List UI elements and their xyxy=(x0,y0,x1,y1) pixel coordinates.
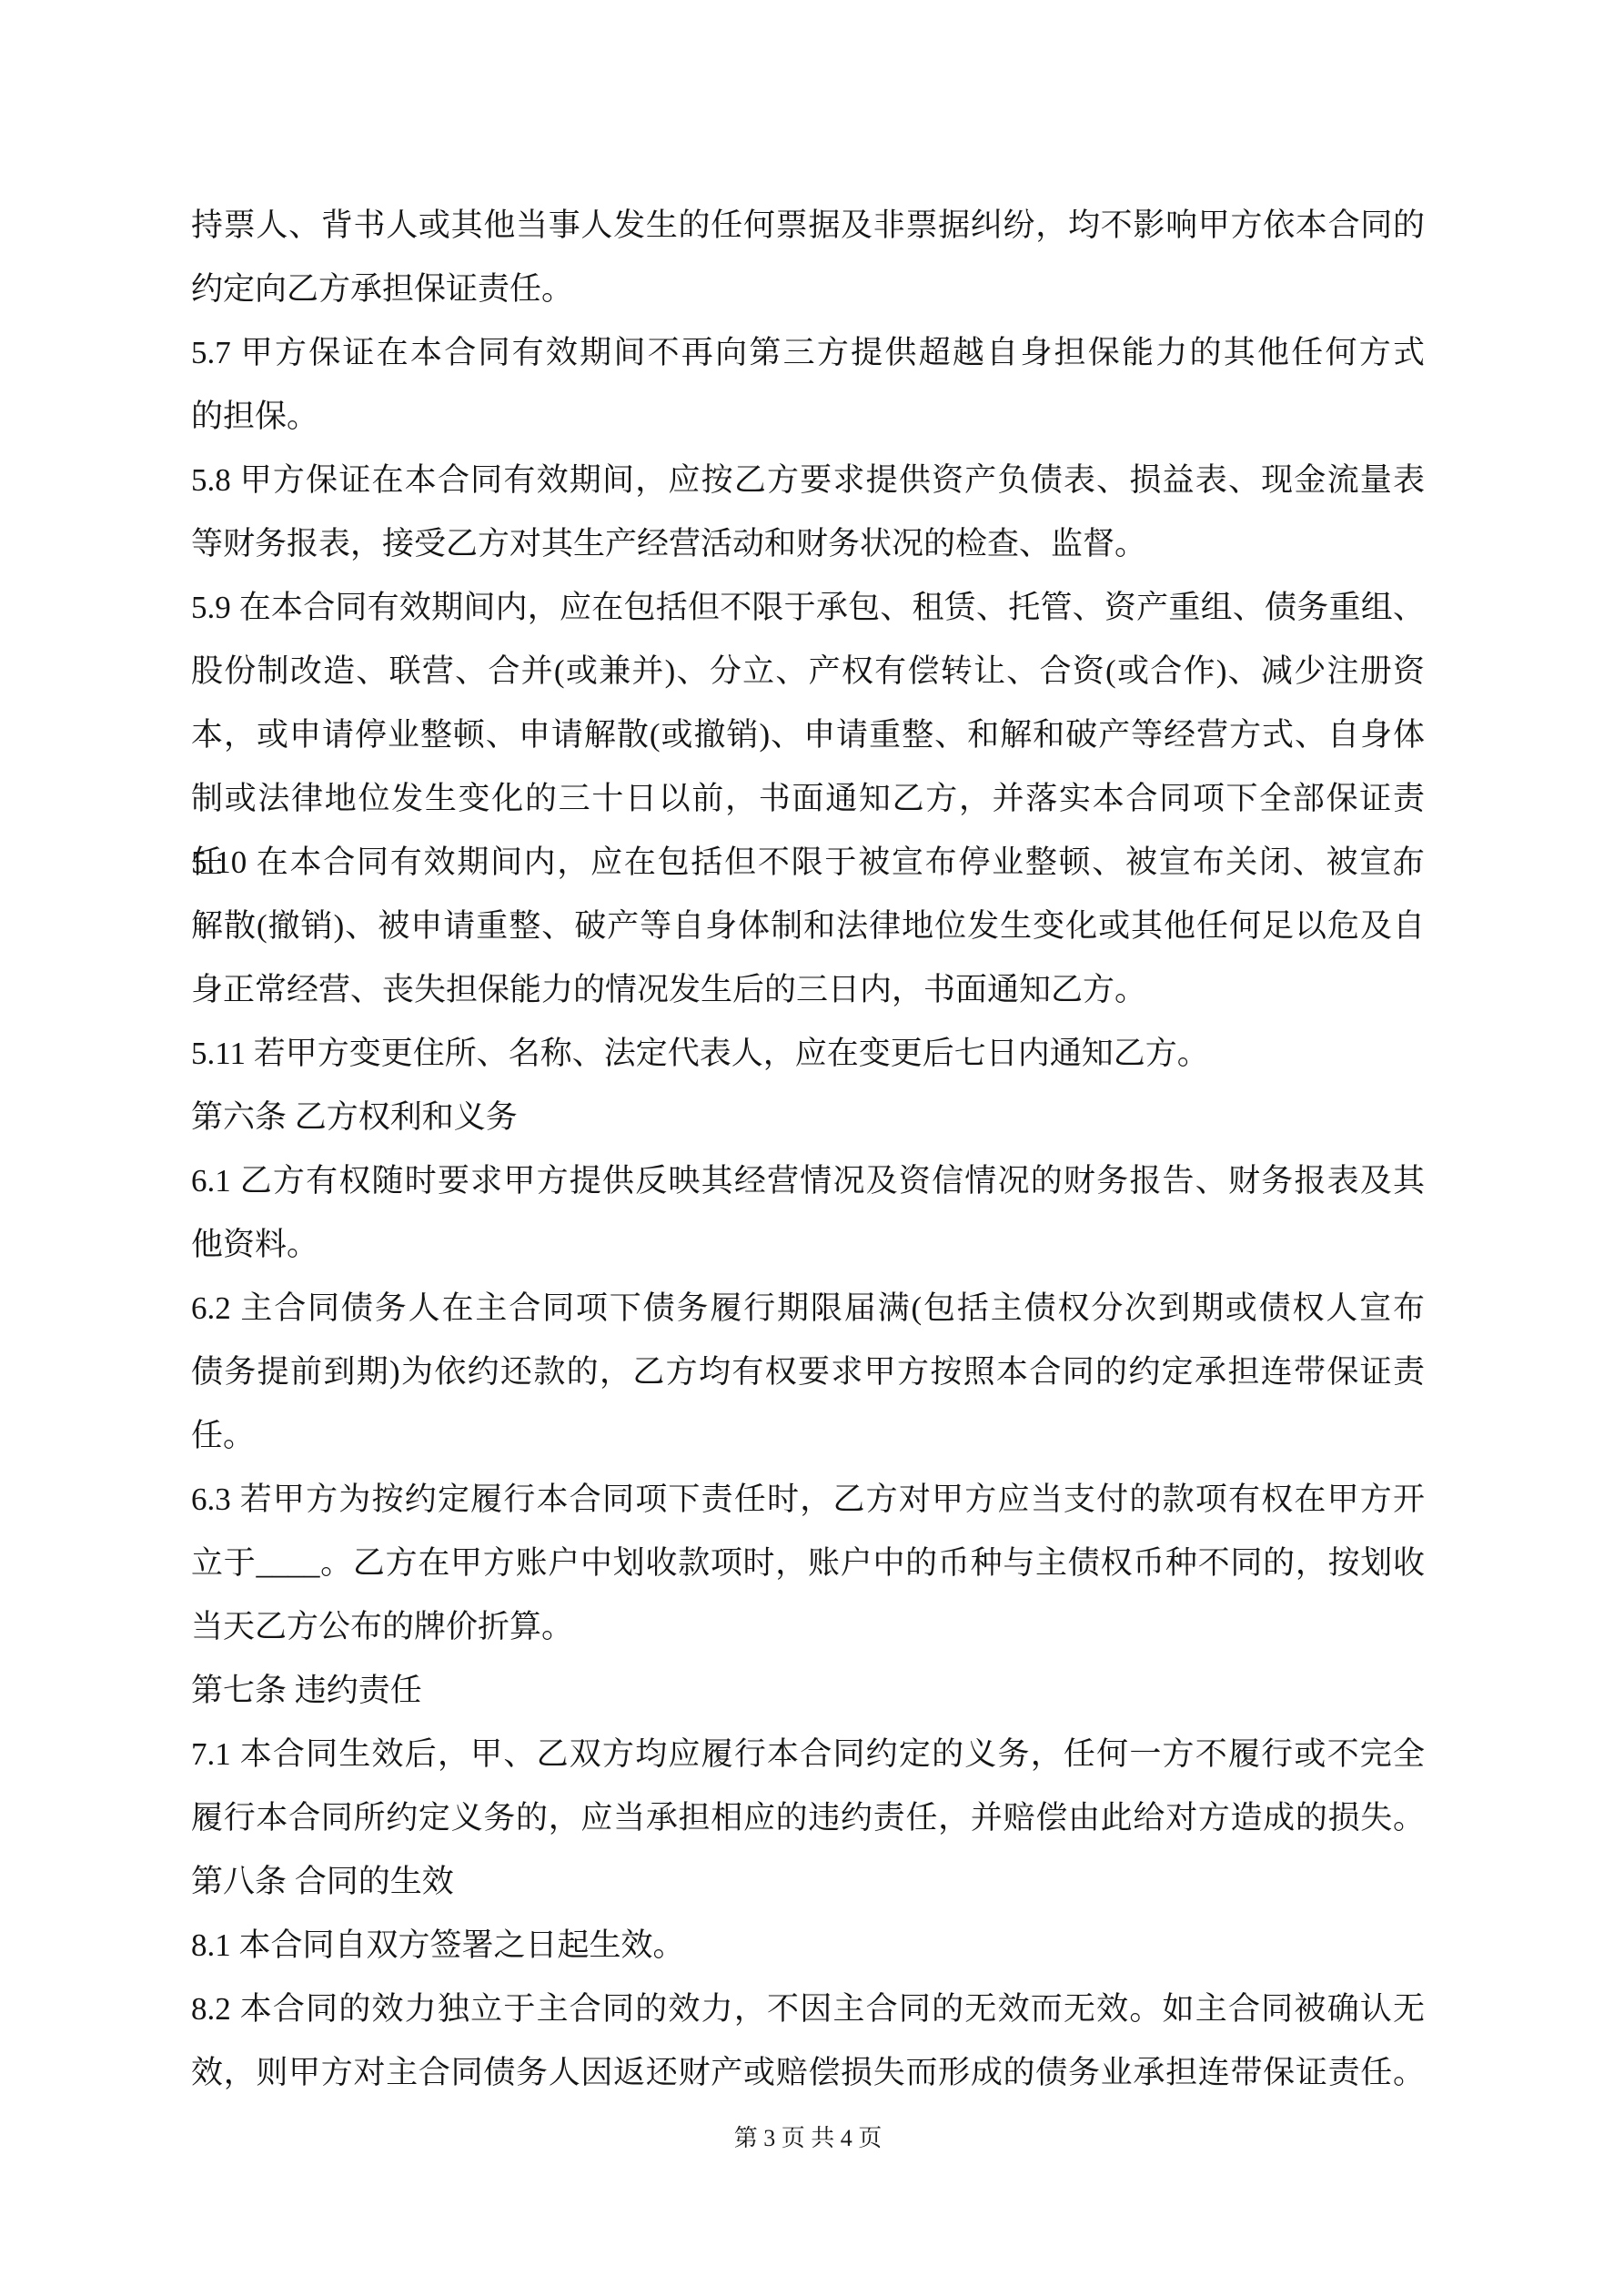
text-line: 他资料。 xyxy=(191,1213,1425,1277)
text-line: 第六条 乙方权利和义务 xyxy=(191,1086,1425,1149)
text-line: 债务提前到期)为依约还款的，乙方均有权要求甲方按照本合同的约定承担连带保证责 xyxy=(191,1340,1425,1404)
text-line: 8.2 本合同的效力独立于主合同的效力，不因主合同的无效而无效。如主合同被确认无 xyxy=(191,1977,1425,2041)
text-line: 效，则甲方对主合同债务人因返还财产或赔偿损失而形成的债务业承担连带保证责任。 xyxy=(191,2041,1425,2105)
text-line: 任。 xyxy=(191,1404,1425,1468)
text-line: 当天乙方公布的牌价折算。 xyxy=(191,1595,1425,1659)
text-line: 履行本合同所约定义务的，应当承担相应的违约责任，并赔偿由此给对方造成的损失。 xyxy=(191,1786,1425,1850)
text-line: 身正常经营、丧失担保能力的情况发生后的三日内，书面通知乙方。 xyxy=(191,958,1425,1022)
text-line: 第八条 合同的生效 xyxy=(191,1850,1425,1914)
text-line: 解散(撤销)、被申请重整、破产等自身体制和法律地位发生变化或其他任何足以危及自 xyxy=(191,895,1425,958)
text-line: 5.11 若甲方变更住所、名称、法定代表人，应在变更后七日内通知乙方。 xyxy=(191,1022,1425,1086)
text-line: 6.3 若甲方为按约定履行本合同项下责任时，乙方对甲方应当支付的款项有权在甲方开 xyxy=(191,1468,1425,1532)
page-number-footer: 第 3 页 共 4 页 xyxy=(191,2120,1425,2157)
text-line: 7.1 本合同生效后，甲、乙双方均应履行本合同约定的义务，任何一方不履行或不完全 xyxy=(191,1723,1425,1786)
text-line: 5.8 甲方保证在本合同有效期间，应按乙方要求提供资产负债表、损益表、现金流量表 xyxy=(191,449,1425,512)
text-line: 制或法律地位发生变化的三十日以前，书面通知乙方，并落实本合同项下全部保证责任。 xyxy=(191,767,1425,831)
text-line: 股份制改造、联营、合并(或兼并)、分立、产权有偿转让、合资(或合作)、减少注册资 xyxy=(191,640,1425,703)
contract-document-page: 持票人、背书人或其他当事人发生的任何票据及非票据纠纷，均不影响甲方依本合同的约定… xyxy=(0,0,1624,2296)
text-line: 8.1 本合同自双方签署之日起生效。 xyxy=(191,1914,1425,1977)
text-line: 本，或申请停业整顿、申请解散(或撤销)、申请重整、和解和破产等经营方式、自身体 xyxy=(191,703,1425,767)
text-line: 5.7 甲方保证在本合同有效期间不再向第三方提供超越自身担保能力的其他任何方式 xyxy=(191,321,1425,385)
text-line: 5.9 在本合同有效期间内，应在包括但不限于承包、租赁、托管、资产重组、债务重组… xyxy=(191,576,1425,640)
text-line: 6.1 乙方有权随时要求甲方提供反映其经营情况及资信情况的财务报告、财务报表及其 xyxy=(191,1149,1425,1213)
contract-body: 持票人、背书人或其他当事人发生的任何票据及非票据纠纷，均不影响甲方依本合同的约定… xyxy=(191,194,1425,2105)
text-line: 的担保。 xyxy=(191,385,1425,449)
text-line: 约定向乙方承担保证责任。 xyxy=(191,258,1425,321)
text-line: 第七条 违约责任 xyxy=(191,1659,1425,1723)
text-line: 立于____。乙方在甲方账户中划收款项时，账户中的币种与主债权币种不同的，按划收 xyxy=(191,1532,1425,1595)
text-line: 持票人、背书人或其他当事人发生的任何票据及非票据纠纷，均不影响甲方依本合同的 xyxy=(191,194,1425,258)
text-line: 5.10 在本合同有效期间内，应在包括但不限于被宣布停业整顿、被宣布关闭、被宣布 xyxy=(191,831,1425,895)
text-line: 等财务报表，接受乙方对其生产经营活动和财务状况的检查、监督。 xyxy=(191,512,1425,576)
text-line: 6.2 主合同债务人在主合同项下债务履行期限届满(包括主债权分次到期或债权人宣布 xyxy=(191,1277,1425,1340)
